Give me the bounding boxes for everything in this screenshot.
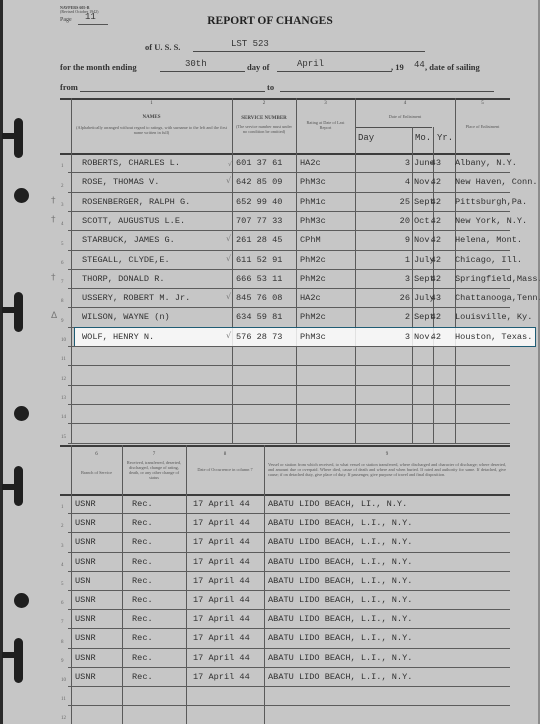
row-rule — [68, 667, 510, 668]
month-underline — [277, 71, 392, 72]
person-name: ROSENBERGER, RALPH G. — [82, 197, 190, 207]
check-mark-icon: √ — [226, 292, 231, 301]
year-prefix: , 19 — [391, 62, 404, 72]
occurrence-date: 17 April 44 — [193, 595, 250, 605]
rating: CPhM — [300, 235, 321, 245]
check-mark-icon: √ — [228, 161, 232, 168]
status-change: Rec. — [132, 557, 153, 567]
branch-of-service: USNR — [75, 672, 96, 682]
row-rule — [68, 609, 510, 610]
enlistment-day: 3 — [355, 332, 410, 342]
branch-of-service: USNR — [75, 518, 96, 528]
document-page: NAVPERS 605-B (Revised October 1942) Pag… — [0, 0, 540, 724]
rating: HA2c — [300, 158, 321, 168]
column-1-number: 1 — [71, 101, 232, 106]
pencil-mark-icon: † — [51, 215, 56, 225]
check-mark-icon: √ — [226, 254, 231, 263]
row-rule — [68, 385, 510, 386]
binder-clip-icon — [2, 484, 16, 490]
row-rule — [68, 307, 510, 308]
person-name: STEGALL, CLYDE,E. — [82, 255, 170, 265]
enlistment-day: 2 — [355, 312, 410, 322]
date-subheader-rule — [355, 127, 432, 128]
column-day-header: Day — [358, 133, 374, 143]
branch-of-service: USNR — [75, 633, 96, 643]
column-divider — [455, 98, 456, 443]
row-number: 12 — [61, 716, 75, 721]
enlistment-day: 3 — [355, 158, 410, 168]
row-rule — [68, 365, 510, 366]
row-number: 3 — [61, 544, 75, 549]
row-rule — [68, 404, 510, 405]
column-rating-header: Rating at Date of Last Report — [302, 120, 349, 130]
enlistment-year: 42 — [421, 216, 443, 226]
column-divider — [355, 98, 356, 443]
service-number: 707 77 33 — [236, 216, 282, 226]
enlistment-place: New York, N.Y. — [455, 216, 527, 226]
sailing-label: , date of sailing — [425, 62, 480, 72]
service-number: 634 59 81 — [236, 312, 282, 322]
row-number: 3 — [61, 203, 75, 208]
column-2-number: 2 — [232, 101, 296, 106]
row-number: 9 — [61, 659, 75, 664]
enlistment-place: Pittsburgh,Pa. — [455, 197, 527, 207]
column-divider — [232, 98, 233, 443]
branch-of-service: USNR — [75, 537, 96, 547]
status-change: Rec. — [132, 614, 153, 624]
status-change: Rec. — [132, 672, 153, 682]
to-label: to — [267, 82, 274, 92]
row-number: 14 — [61, 415, 75, 420]
rating: PhM2c — [300, 274, 326, 284]
column-station-header: Vessel or station from which received, t… — [268, 462, 506, 477]
uss-label: of U. S. S. — [145, 42, 180, 52]
binder-round-hole-icon — [14, 188, 29, 203]
column-9-number: 9 — [264, 452, 510, 457]
row-number: 4 — [61, 563, 75, 568]
branch-of-service: USNR — [75, 499, 96, 509]
day-underline — [160, 71, 245, 72]
row-rule — [68, 628, 510, 629]
rating: PhM1c — [300, 197, 326, 207]
row-rule — [68, 230, 510, 231]
row-number: 1 — [61, 505, 75, 510]
occurrence-date: 17 April 44 — [193, 672, 250, 682]
column-names-note: (Alphabetically arranged without regard … — [75, 125, 228, 135]
row-rule — [68, 705, 510, 706]
rating: HA2c — [300, 293, 321, 303]
row-number: 2 — [61, 184, 75, 189]
column-date-header: Date of Occurrence in column 7 — [192, 467, 258, 472]
column-3-number: 3 — [296, 101, 355, 106]
from-label: from — [60, 82, 78, 92]
enlistment-year: 42 — [421, 235, 443, 245]
row-rule — [68, 211, 510, 212]
row-number: 11 — [61, 697, 75, 702]
row-number: 6 — [61, 261, 75, 266]
row-number: 8 — [61, 640, 75, 645]
branch-of-service: USNR — [75, 653, 96, 663]
row-number: 4 — [61, 222, 75, 227]
enlistment-day: 26 — [355, 293, 410, 303]
service-number: 601 37 61 — [236, 158, 282, 168]
enlistment-day: 4 — [355, 177, 410, 187]
enlistment-place: Albany, N.Y. — [455, 158, 517, 168]
column-divider — [296, 98, 297, 443]
station-details: ABATU LIDO BEACH, L.I., N.Y. — [268, 614, 412, 624]
enlistment-year: 42 — [421, 274, 443, 284]
to-underline — [280, 91, 494, 92]
column-branch-header: Branch of Service — [73, 470, 120, 475]
status-change: Rec. — [132, 653, 153, 663]
station-details: ABATU LIDO BEACH, L.I., N.Y. — [268, 595, 412, 605]
enlistment-year: 42 — [421, 312, 443, 322]
enlistment-day: 9 — [355, 235, 410, 245]
enlistment-place: Helena, Mont. — [455, 235, 522, 245]
status-change: Rec. — [132, 576, 153, 586]
person-name: ROBERTS, CHARLES L. — [82, 158, 180, 168]
column-divider — [264, 445, 265, 724]
status-change: Rec. — [132, 633, 153, 643]
rating: PhM3c — [300, 332, 326, 342]
check-mark-icon: √ — [226, 234, 231, 243]
enlistment-day: 25 — [355, 197, 410, 207]
row-rule — [68, 686, 510, 687]
column-5-number: 5 — [455, 101, 510, 106]
day-of-label: day of — [247, 62, 269, 72]
row-number: 1 — [61, 164, 75, 169]
row-number: 15 — [61, 435, 75, 440]
rating: PhM3c — [300, 216, 326, 226]
column-7-number: 7 — [122, 452, 186, 457]
section-top-rule — [60, 445, 510, 447]
column-year-header: Yr. — [437, 133, 453, 143]
row-rule — [68, 269, 510, 270]
enlistment-year: 42 — [421, 255, 443, 265]
row-number: 10 — [61, 678, 75, 683]
column-divider — [71, 98, 72, 443]
enlistment-place: Chattanooga,Tenn. — [455, 293, 540, 303]
row-number: 7 — [61, 620, 75, 625]
status-change: Rec. — [132, 595, 153, 605]
row-number: 2 — [61, 524, 75, 529]
row-rule — [68, 552, 510, 553]
binder-clip-icon — [2, 652, 16, 658]
station-details: ABATU LIDO BEACH, L.I., N.Y. — [268, 633, 412, 643]
from-underline — [80, 91, 265, 92]
person-name: STARBUCK, JAMES G. — [82, 235, 175, 245]
person-name: ROSE, THOMAS V. — [82, 177, 159, 187]
occurrence-date: 17 April 44 — [193, 614, 250, 624]
station-details: ABATU LIDO BEACH, L.I., N.Y. — [268, 653, 412, 663]
pencil-mark-icon: Δ — [51, 311, 57, 321]
column-8-number: 8 — [186, 452, 264, 457]
column-divider — [186, 445, 187, 724]
year-value: 44 — [414, 60, 425, 70]
station-details: ABATU LIDO BEACH, L.I., N.Y. — [268, 518, 412, 528]
row-number: 12 — [61, 377, 75, 382]
uss-underline — [193, 51, 425, 52]
person-name: THORP, DONALD R. — [82, 274, 165, 284]
enlistment-place: Springfield,Mass. — [455, 274, 540, 284]
service-number: 261 28 45 — [236, 235, 282, 245]
branch-of-service: USNR — [75, 595, 96, 605]
person-name: USSERY, ROBERT M. Jr. — [82, 293, 190, 303]
enlistment-year: 43 — [421, 293, 443, 303]
row-rule — [68, 513, 510, 514]
binder-round-hole-icon — [14, 406, 29, 421]
service-number: 611 52 91 — [236, 255, 282, 265]
row-rule — [68, 172, 510, 173]
row-number: 5 — [61, 582, 75, 587]
column-divider — [122, 445, 123, 724]
occurrence-date: 17 April 44 — [193, 499, 250, 509]
row-number: 7 — [61, 280, 75, 285]
service-number: 652 99 40 — [236, 197, 282, 207]
row-number: 6 — [61, 601, 75, 606]
check-mark-icon: √ — [226, 331, 231, 340]
table-top-rule — [60, 98, 510, 100]
row-number: 10 — [61, 338, 75, 343]
column-service-number-header: SERVICE NUMBER — [232, 116, 296, 121]
status-change: Rec. — [132, 518, 153, 528]
column-divider — [412, 127, 413, 443]
row-rule — [68, 648, 510, 649]
branch-of-service: USNR — [75, 557, 96, 567]
occurrence-date: 17 April 44 — [193, 576, 250, 586]
month-ending-label: for the month ending — [60, 62, 137, 72]
binder-clip-icon — [2, 307, 16, 313]
branch-of-service: USNR — [75, 614, 96, 624]
rating: PhM2c — [300, 312, 326, 322]
column-4-number: 4 — [355, 101, 455, 106]
service-number: 642 85 09 — [236, 177, 282, 187]
occurrence-date: 17 April 44 — [193, 518, 250, 528]
occurrence-date: 17 April 44 — [193, 557, 250, 567]
rating: PhM2c — [300, 255, 326, 265]
enlistment-place: Houston, Texas. — [455, 332, 532, 342]
station-details: ABATU LIDO BEACH, LI., N.Y. — [268, 499, 407, 509]
binder-slot-hole-icon — [14, 638, 23, 683]
row-rule — [68, 590, 510, 591]
pencil-mark-icon: † — [51, 273, 56, 283]
check-mark-icon: √ — [226, 176, 231, 185]
enlistment-place: Chicago, Ill. — [455, 255, 522, 265]
binder-clip-icon — [2, 133, 16, 139]
pencil-mark-icon: † — [51, 196, 56, 206]
row-rule — [68, 192, 510, 193]
person-name: SCOTT, AUGUSTUS L.E. — [82, 216, 185, 226]
enlistment-place: Louisville, Ky. — [455, 312, 532, 322]
enlistment-year: 43 — [421, 158, 443, 168]
service-number: 666 53 11 — [236, 274, 282, 284]
station-details: ABATU LIDO BEACH, L.I., N.Y. — [268, 672, 412, 682]
column-month-header: Mo. — [415, 133, 431, 143]
station-details: ABATU LIDO BEACH, L.I., N.Y. — [268, 576, 412, 586]
branch-of-service: USN — [75, 576, 90, 586]
column-place-header: Place of Enlistment — [455, 124, 510, 129]
status-change: Rec. — [132, 537, 153, 547]
person-name: WOLF, HENRY N. — [82, 332, 154, 342]
header-bottom-rule — [60, 153, 510, 155]
column-names-header: NAMES — [71, 115, 232, 120]
row-rule — [68, 571, 510, 572]
row-rule — [68, 532, 510, 533]
row-rule — [68, 250, 510, 251]
station-details: ABATU LIDO BEACH, L.I., N.Y. — [268, 537, 412, 547]
enlistment-day: 1 — [355, 255, 410, 265]
status-change: Rec. — [132, 499, 153, 509]
binder-round-hole-icon — [14, 593, 29, 608]
row-number: 9 — [61, 319, 75, 324]
enlistment-day: 20 — [355, 216, 410, 226]
row-rule — [68, 443, 510, 444]
rating: PhM3c — [300, 177, 326, 187]
service-number: 576 28 73 — [236, 332, 282, 342]
enlistment-year: 42 — [421, 332, 443, 342]
ship-name: LST 523 — [231, 39, 269, 49]
row-number: 8 — [61, 299, 75, 304]
column-status-header: Received, transferred, deserted, dischar… — [125, 460, 183, 480]
service-number: 845 76 08 — [236, 293, 282, 303]
row-rule — [68, 288, 510, 289]
station-details: ABATU LIDO BEACH, L.I., N.Y. — [268, 557, 412, 567]
document-title: REPORT OF CHANGES — [0, 15, 540, 27]
row-number: 5 — [61, 242, 75, 247]
section-header-bottom-rule — [60, 494, 510, 496]
column-divider — [433, 127, 434, 443]
page-edge-shadow — [0, 0, 3, 724]
row-number: 13 — [61, 396, 75, 401]
row-rule — [68, 423, 510, 424]
day-value: 30th — [185, 59, 207, 69]
enlistment-year: 42 — [421, 197, 443, 207]
enlistment-day: 3 — [355, 274, 410, 284]
column-6-number: 6 — [71, 452, 122, 457]
enlistment-place: New Haven, Conn. — [455, 177, 538, 187]
month-value: April — [297, 59, 324, 69]
row-number: 11 — [61, 357, 75, 362]
person-name: WILSON, WAYNE (n) — [82, 312, 170, 322]
occurrence-date: 17 April 44 — [193, 633, 250, 643]
enlistment-year: 42 — [421, 177, 443, 187]
column-enlistment-date-header: Date of Enlistment — [355, 114, 455, 119]
column-service-number-note: (The service number must under no condit… — [236, 124, 292, 134]
row-rule — [68, 346, 510, 347]
occurrence-date: 17 April 44 — [193, 537, 250, 547]
occurrence-date: 17 April 44 — [193, 653, 250, 663]
